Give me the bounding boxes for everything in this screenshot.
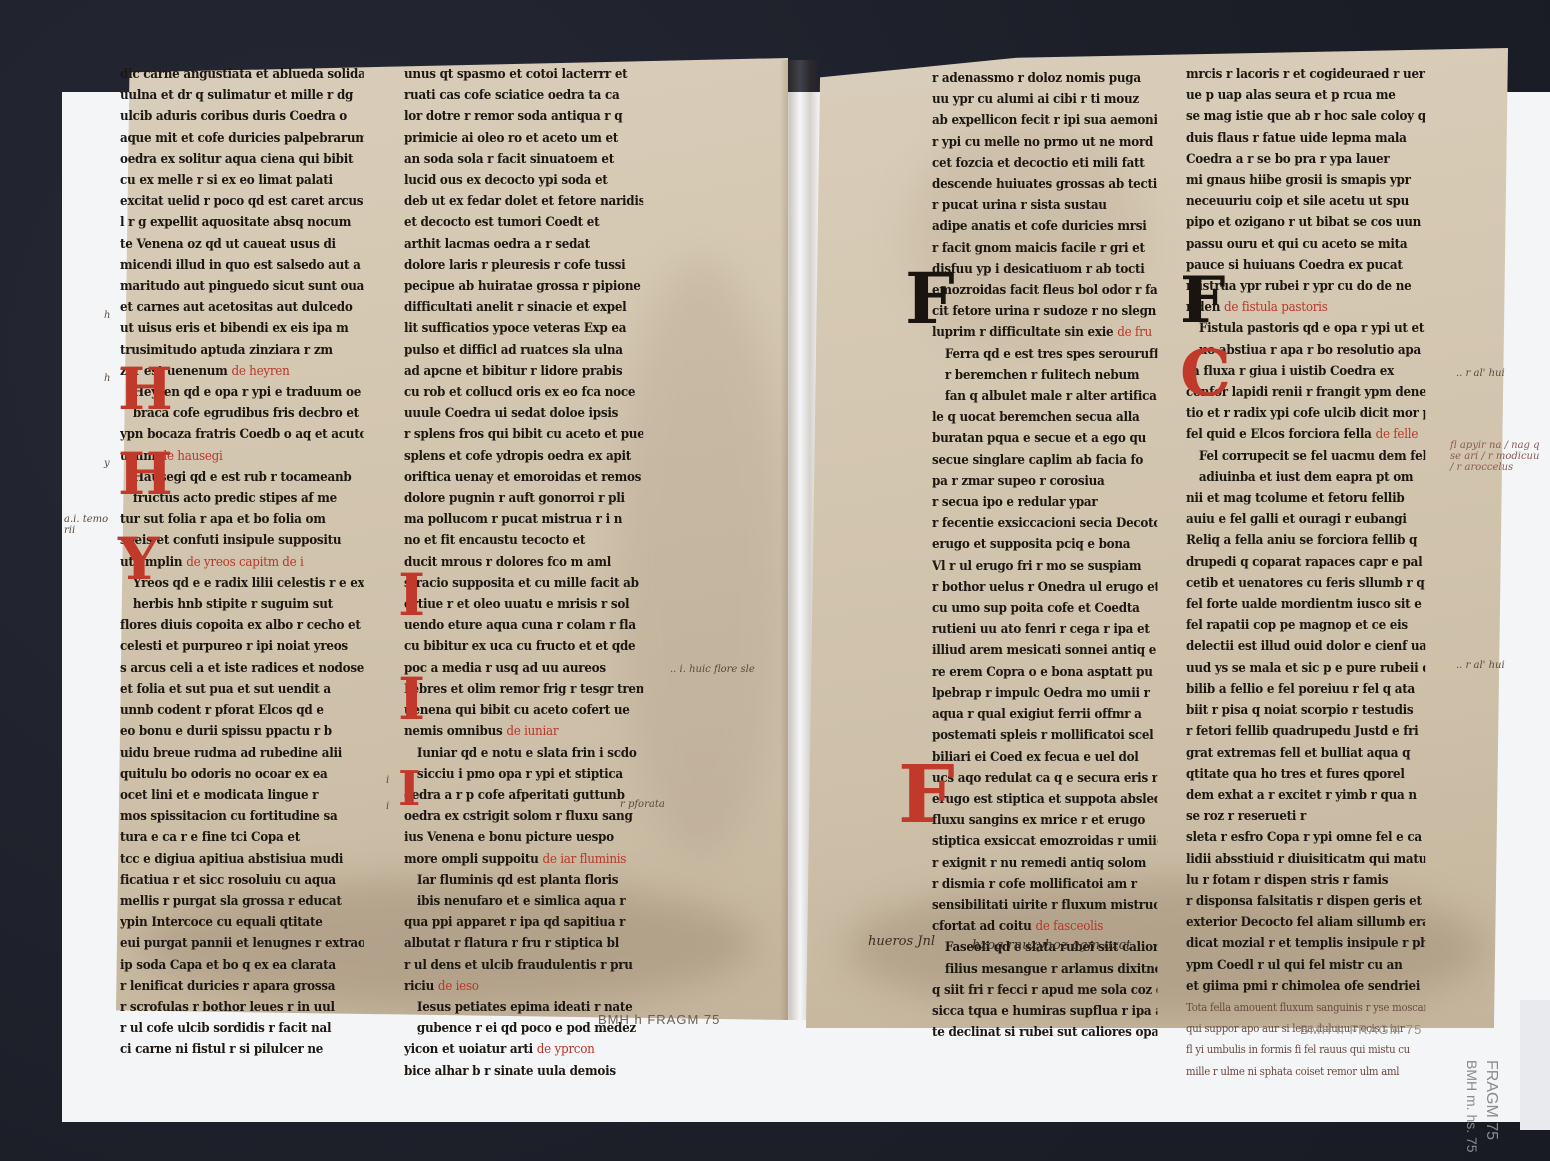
margin-note: .. i. huic flore sle <box>670 664 755 675</box>
text-line: tcc e digiua apitiua abstisiua mudi <box>120 849 364 870</box>
text-line: sleta r esfro Copa r ypi omne fel e ca <box>1186 827 1425 848</box>
margin-note: h <box>104 310 110 321</box>
text-line: biliari ei Coed ex fecua e uel dol <box>932 747 1157 768</box>
text-line: r ul cofe ulcib sordidis r facit nal <box>120 1018 364 1039</box>
margin-note: hueros Jnl <box>868 934 935 949</box>
text-line: poc a media r usq ad uu aureos <box>404 658 643 679</box>
text-line: lu r fotam r dispen stris r famis <box>1186 870 1425 891</box>
text-line: herbis hnb stipite r suguim sut <box>120 594 364 615</box>
text-line: an soda sola r facit sinuatoem et <box>404 149 643 170</box>
text-line: dic carne angustiata et ablueda solidat <box>120 64 364 85</box>
text-line: cu bibitur ex uca cu fructo et et qde <box>404 636 643 657</box>
text-line: sensibilitati uirite r fluxum mistruor r <box>932 895 1157 916</box>
text-line: splens et cofe ydropis oedra ex apit <box>404 446 643 467</box>
text-line: ue p uap alas seura et p rcua me <box>1186 85 1425 106</box>
text-line: dem exhat a r excitet r yimb r qua n <box>1186 785 1425 806</box>
text-line: delectii est illud ouid dolor e cienf ua… <box>1186 636 1425 657</box>
text-line: emozroidas facit fleus bol odor r fa <box>932 280 1157 301</box>
text-line: micendi illud in quo est salsedo aut a <box>120 255 364 276</box>
text-line: q siit fri r fecci r apud me sola coz es… <box>932 980 1157 1001</box>
margin-note: i <box>386 801 389 812</box>
text-line: descende huiuates grossas ab tecti <box>932 174 1157 195</box>
text-line: re erem Copra o e bona asptatt pu <box>932 662 1157 683</box>
text-line: postemati spleis r mollificatoi scel r d… <box>932 725 1157 746</box>
text-line: nemis omnibus de iuniar <box>404 721 643 742</box>
text-line: r lenificat duricies r apara grossa <box>120 976 364 997</box>
text-line: r dismia r cofe mollificatoi am r <box>932 874 1157 895</box>
text-line: uulna et dr q sulimatur et mille r dg <box>120 85 364 106</box>
left-leaf-column-2: unus qt spasmo et cotoi lacterrr et ruat… <box>404 64 664 1082</box>
text-line: eui purgat pannii et lenugnes r extrao <box>120 933 364 954</box>
text-line: pa r zmar supeo r corosiua <box>932 471 1157 492</box>
red-initial-y: Y <box>118 530 159 588</box>
text-line: qua ppi apparet r ipa qd sapitiua r <box>404 912 643 933</box>
text-line: unus qt spasmo et cotoi lacterrr et <box>404 64 643 85</box>
text-line: quitulu bo odoris no ocoar ex ea <box>120 764 364 785</box>
text-line: uu ypr cu alumi ai cibi r ti mouz <box>932 89 1157 110</box>
text-line: luprim r difficultate sin exie de fru <box>932 322 1157 343</box>
margin-note: a.i. temo rii <box>64 514 114 536</box>
text-line: maritudo aut pinguedo sicut sunt oua <box>120 276 364 297</box>
text-line: fel rapatii cop pe magnop et ce eis <box>1186 615 1425 636</box>
red-initial-f: C <box>1180 345 1231 403</box>
rubric-heading: de yreos capitm de i <box>186 555 303 570</box>
text-line: Iuniar qd e notu e slata frin i scdo <box>404 743 643 764</box>
text-line: ruati cas cofe sciatice oedra ta ca <box>404 85 643 106</box>
text-line: lucid ous ex decocto ypi soda et <box>404 170 643 191</box>
text-line: buratan pqua e secue et a ego qu <box>932 428 1157 449</box>
margin-note: i <box>386 775 389 786</box>
text-line: tura e ca r e fine tci Copa et <box>120 827 364 848</box>
text-line: bilib a fellio e fel poreiuu r fel q ata <box>1186 679 1425 700</box>
text-line: Febres et olim remor frig r tesgr tremen <box>404 679 643 700</box>
text-line: uuule Coedra ui sedat doloe ipsis <box>404 403 643 424</box>
text-line: pecipue ab huiratae grossa r pipione r <box>404 276 643 297</box>
rubric-heading: de yprcon <box>537 1042 595 1057</box>
text-line: unnb codent r pforat Elcos qd e <box>120 700 364 721</box>
text-line: r ypi cu melle no prmo ut ne mord <box>932 132 1157 153</box>
text-line: r beremchen r fulitech nebum <box>932 365 1157 386</box>
margin-note: .. r al' hui <box>1456 660 1505 671</box>
text-line: uidu breue rudma ad rubedine alii <box>120 743 364 764</box>
text-line: celesti et purpureo r ipi noiat yreos <box>120 636 364 657</box>
text-line: illiud arem mesicati sonnei antiq e au <box>932 640 1157 661</box>
text-line: r ul dens et ulcib fraudulentis r pru <box>404 955 643 976</box>
text-line: oriftica uenay et emoroidas et remos <box>404 467 643 488</box>
text-line: albutat r flatura r fru r stiptica bl <box>404 933 643 954</box>
text-line: r adenassmo r doloz nomis puga <box>932 68 1157 89</box>
margin-note: y <box>104 458 110 469</box>
text-line: sicciu i pmo opa r ypi et stiptica <box>404 764 643 785</box>
text-line: te declinat si rubei sut caliores opa <box>932 1022 1157 1043</box>
text-line: difficultati anelit r sinacie et expel <box>404 297 643 318</box>
text-line: ibis nenufaro et e simlica aqua r <box>404 891 643 912</box>
red-initial-h: H <box>118 445 173 503</box>
left-leaf-column-1: dic carne angustiata et ablueda solidat … <box>120 64 385 1061</box>
right-leaf-column-1: r adenassmo r doloz nomis puga uu ypr cu… <box>932 68 1177 1043</box>
red-initial-h: H <box>118 360 173 418</box>
rubric-heading: de heyren <box>231 364 289 379</box>
rubric-heading: de fru <box>1117 325 1152 340</box>
text-line: pulso et difficl ad ruatces sla ulna <box>404 340 643 361</box>
text-line: uud ys se mala et sic p e pure rubeii de <box>1186 658 1425 679</box>
text-line: secue singlare caplim ab facia fo <box>932 450 1157 471</box>
text-line: stiptica exsiccat emozroidas r umiio <box>932 831 1157 852</box>
text-line: mos spissitacion cu fortitudine sa <box>120 806 364 827</box>
text-line: ucs aqo redulat ca q e secura eris r et <box>932 768 1157 789</box>
text-line: ficatiua r et sicc rosoluiu cu aqua <box>120 870 364 891</box>
text-line: excitat uelid r poco qd est caret arcus <box>120 191 364 212</box>
black-initial-f: F <box>1180 272 1225 330</box>
text-line: ypin Intercoce cu equali qtitate <box>120 912 364 933</box>
text-line: ma pollucom r pucat mistrua r i n <box>404 509 643 530</box>
text-line: eo bonu e durii spissu ppactu r b <box>120 721 364 742</box>
rubric-heading: de iuniar <box>506 724 558 739</box>
text-line: fel quid e Elcos forciora fella de felle <box>1186 424 1425 445</box>
text-line: et folia et sut pua et sut uendit a <box>120 679 364 700</box>
text-line: erugo et supposita pciq e bona <box>932 534 1157 555</box>
text-line: se mag istie que ab r hoc sale coloy qr <box>1186 106 1425 127</box>
text-line: uendo eture aqua cuna r colam r fla <box>404 615 643 636</box>
rubric-heading: de fasceolis <box>1035 919 1103 934</box>
text-line: fluxu sangins ex mrice r et erugo <box>932 810 1157 831</box>
text-line: ab expellicon fecit r ipi sua aemonia <box>932 110 1157 131</box>
text-line: adiuinba et iust dem eapra pt om <box>1186 467 1425 488</box>
text-line: uenena qui bibit cu aceto cofert ue <box>404 700 643 721</box>
text-line: lit sufficatios ypoce veteras Exp ea <box>404 318 643 339</box>
text-line: mi gnaus hiibe grosii is smapis ypr <box>1186 170 1425 191</box>
red-initial-i: I <box>398 670 425 728</box>
text-line: disfuu yp i desicatiuom r ab tocti <box>932 259 1157 280</box>
text-line: cit fetore urina r sudoze r no slegn <box>932 301 1157 322</box>
text-line: bice alhar b r sinate uula demois <box>404 1061 643 1082</box>
margin-note: fl apyir na / nag q se ari / r modicuu /… <box>1450 440 1540 473</box>
text-line: te Venena oz qd ut caueat usus di <box>120 234 364 255</box>
text-line: dolore pugnin r auft gonorroi r pli <box>404 488 643 509</box>
text-line: deb ut ex fedar dolet et fetore naridis <box>404 191 643 212</box>
text-line: arthit lacmas oedra a r sedat <box>404 234 643 255</box>
text-line: s arcus celi a et iste radices et nodose <box>120 658 364 679</box>
rubric-heading: de ieso <box>438 979 479 994</box>
text-line: sicca tqua e humiras supflua r ipa ad ca… <box>932 1001 1157 1022</box>
text-line: r splens fros qui bibit cu aceto et pue <box>404 424 643 445</box>
text-line: qtitate qua ho tres et fures qporel <box>1186 764 1425 785</box>
shelfmark-pencil: BMH h FRAGM 75 <box>1300 1022 1422 1037</box>
text-line: filius mesangue r arlamus dixitno <box>932 959 1157 980</box>
margin-note: hzog rnuzyhoz cgm ozct <box>972 938 1131 953</box>
text-line: no et fit encaustu tecocto et <box>404 530 643 551</box>
text-line: r facit gnom maicis facile r gri et <box>932 238 1157 259</box>
text-line: aqua r qual exigiut ferrii offmr a <box>932 704 1157 725</box>
text-line: riciu de ieso <box>404 976 643 997</box>
shelfmark-pencil: BMH h FRAGM 75 <box>598 1012 720 1027</box>
text-line: drupedi q coparat rapaces capr e pal <box>1186 552 1425 573</box>
text-line: exterior Decocto fel aliam sillumb era <box>1186 912 1425 933</box>
rubric-heading: de fistula pastoris <box>1224 300 1328 315</box>
text-line: ypm Coedl r ul qui fel mistr cu an <box>1186 955 1425 976</box>
text-line: dicat mozial r et templis insipule r phl… <box>1186 933 1425 954</box>
text-line: fan q albulet male r alter artifica <box>932 386 1157 407</box>
text-line: Vl r ul erugo fri r mo se suspiam <box>932 556 1157 577</box>
margin-note: .. r al' hui <box>1456 368 1505 379</box>
text-line: l r g expellit aquositate absq nocum <box>120 212 364 233</box>
text-line: r exignit r nu remedi antiq solom <box>932 853 1157 874</box>
text-line: yicon et uoiatur arti de yprcon <box>404 1039 643 1060</box>
text-line: stracio supposita et cu mille facit ab <box>404 573 643 594</box>
red-initial-f: F <box>898 765 955 823</box>
text-line: Ferra qd e est tres spes serouruffan <box>932 344 1157 365</box>
text-line: Iar fluminis qd est planta floris <box>404 870 643 891</box>
text-line: ulcib aduris coribus duris Coedra o <box>120 106 364 127</box>
text-line: lor dotre r remor soda antiqua r q <box>404 106 643 127</box>
later-addition-line: fl yi umbulis in formis fi fel rauus qui… <box>1186 1039 1425 1060</box>
red-initial-i: I <box>398 760 420 818</box>
text-line: r pucat urina r sista sustau <box>932 195 1157 216</box>
text-line: fel forte ualde mordientm iusco sit e <box>1186 594 1425 615</box>
later-addition-line: mille r ulme ni sphata coiset remor ulm … <box>1186 1061 1425 1082</box>
text-line: r fecentie exsiccacioni secia Decoto <box>932 513 1157 534</box>
card-pencil-label: FRAGM 75 <box>1482 1060 1500 1140</box>
text-line: ius Venena e bonu picture uespo <box>404 827 643 848</box>
margin-note: r pforata <box>620 799 665 810</box>
text-line: aque mit et cofe duricies palpebrarum <box>120 128 364 149</box>
text-line: pipo et ozigano r ut bibat se cos uun <box>1186 212 1425 233</box>
text-line: cet fozcia et decoctio eti mili fatt <box>932 153 1157 174</box>
text-line: oedra ex cstrigit solom r fluxu sang <box>404 806 643 827</box>
text-line: nii et mag tcolume et fetoru fellib <box>1186 488 1425 509</box>
card-pencil-label: BMH m. hs. 75 <box>1464 1060 1480 1153</box>
text-line: duis flaus r fatue uide lepma mala <box>1186 128 1425 149</box>
text-line: dolore laris r pleuresis r cofe tussi <box>404 255 643 276</box>
text-line: r disponsa falsitatis r dispen geris et <box>1186 891 1425 912</box>
text-line: le q uocat beremchen secua alla <box>932 407 1157 428</box>
card-corner <box>1520 1000 1550 1130</box>
text-line: ut uisus eris et bibendi ex eis ipa m <box>120 318 364 339</box>
right-leaf-column-2: mrcis r lacoris r et cogideuraed r uer u… <box>1186 64 1446 1082</box>
text-line: mrcis r lacoris r et cogideuraed r uer <box>1186 64 1425 85</box>
text-line: cu ex melle r si ex eo limat palati <box>120 170 364 191</box>
text-line: erugo est stiptica et suppota absledire <box>932 789 1157 810</box>
text-line: ip soda Capa et bo q ex ea clarata <box>120 955 364 976</box>
margin-note: h <box>104 373 110 384</box>
text-line: cfortat ad coitu de fasceolis <box>932 916 1157 937</box>
text-line: r fetori fellib quadrupedu Justd e fri <box>1186 721 1425 742</box>
text-line: oedra a r p cofe afperitati guttunb <box>404 785 643 806</box>
text-line: grat extremas fell et bulliat aqua q <box>1186 743 1425 764</box>
black-initial-f: F <box>905 270 955 328</box>
text-line: ducit mrous r dolores fco m aml <box>404 552 643 573</box>
text-line: Coedra a r se bo pra r ypa lauer <box>1186 149 1425 170</box>
text-line: lidii absstiuid r diuisiticatm qui matu <box>1186 849 1425 870</box>
text-line: biit r pisa q noiat scorpio r testudis <box>1186 700 1425 721</box>
text-line: oedra ex solitur aqua ciena qui bibit <box>120 149 364 170</box>
text-line: cetib et uenatores cu feris sllumb r q <box>1186 573 1425 594</box>
text-line: et decocto est tumori Coedt et <box>404 212 643 233</box>
text-line: rutieni uu ato fenri r cega r ipa et <box>932 619 1157 640</box>
text-line: r bothor uelus r Onedra ul erugo et <box>932 577 1157 598</box>
text-line: cu umo sup poita cofe et Coedta <box>932 598 1157 619</box>
text-line: passu ouru et qui cu aceto se mita <box>1186 234 1425 255</box>
text-line: se roz r reserueti r <box>1186 806 1425 827</box>
text-line: adipe anatis et cofe duricies mrsi <box>932 216 1157 237</box>
rubric-heading: de felle <box>1376 427 1419 442</box>
text-line: lpebrap r impulc Oedra mo umii r <box>932 683 1157 704</box>
rubric-heading: de iar fluminis <box>543 852 627 867</box>
text-line: r secua ipo e redular ypar <box>932 492 1157 513</box>
text-line: cu rob et collucd oris ex eo fca noce <box>404 382 643 403</box>
text-line: neceuuriu coip et sile acetu ut spu <box>1186 191 1425 212</box>
text-line: more ompli suppoitu de iar fluminis <box>404 849 643 870</box>
text-line: et giima pmi r chimolea ofe sendriei <box>1186 976 1425 997</box>
text-line: primicie ai oleo ro et aceto um et <box>404 128 643 149</box>
text-line: auiu e fel galli et ouragi r eubangi <box>1186 509 1425 530</box>
text-line: Fel corrupecit se fel uacmu dem fel <box>1186 446 1425 467</box>
later-addition-line: Tota fella amouent fluxum sanguinis r ys… <box>1186 997 1425 1018</box>
text-line: ocet lini et e modicata lingue r <box>120 785 364 806</box>
text-line: mellis r purgat sla grossa r educat <box>120 891 364 912</box>
text-line: Reliq a fella aniu se forciora fellib q <box>1186 530 1425 551</box>
text-line: r scrofulas r bothor leues r in uul <box>120 997 364 1018</box>
red-initial-i: I <box>398 566 425 624</box>
text-line: ad apcne et bibitur r lidore prabis <box>404 361 643 382</box>
text-line: flores diuis copoita ex albo r cecho et <box>120 615 364 636</box>
text-line: ortiue r et oleo uuatu e mrisis r sol <box>404 594 643 615</box>
text-line: ci carne ni fistul r si pilulcer ne <box>120 1039 364 1060</box>
text-line: et carnes aut acetositas aut dulcedo <box>120 297 364 318</box>
